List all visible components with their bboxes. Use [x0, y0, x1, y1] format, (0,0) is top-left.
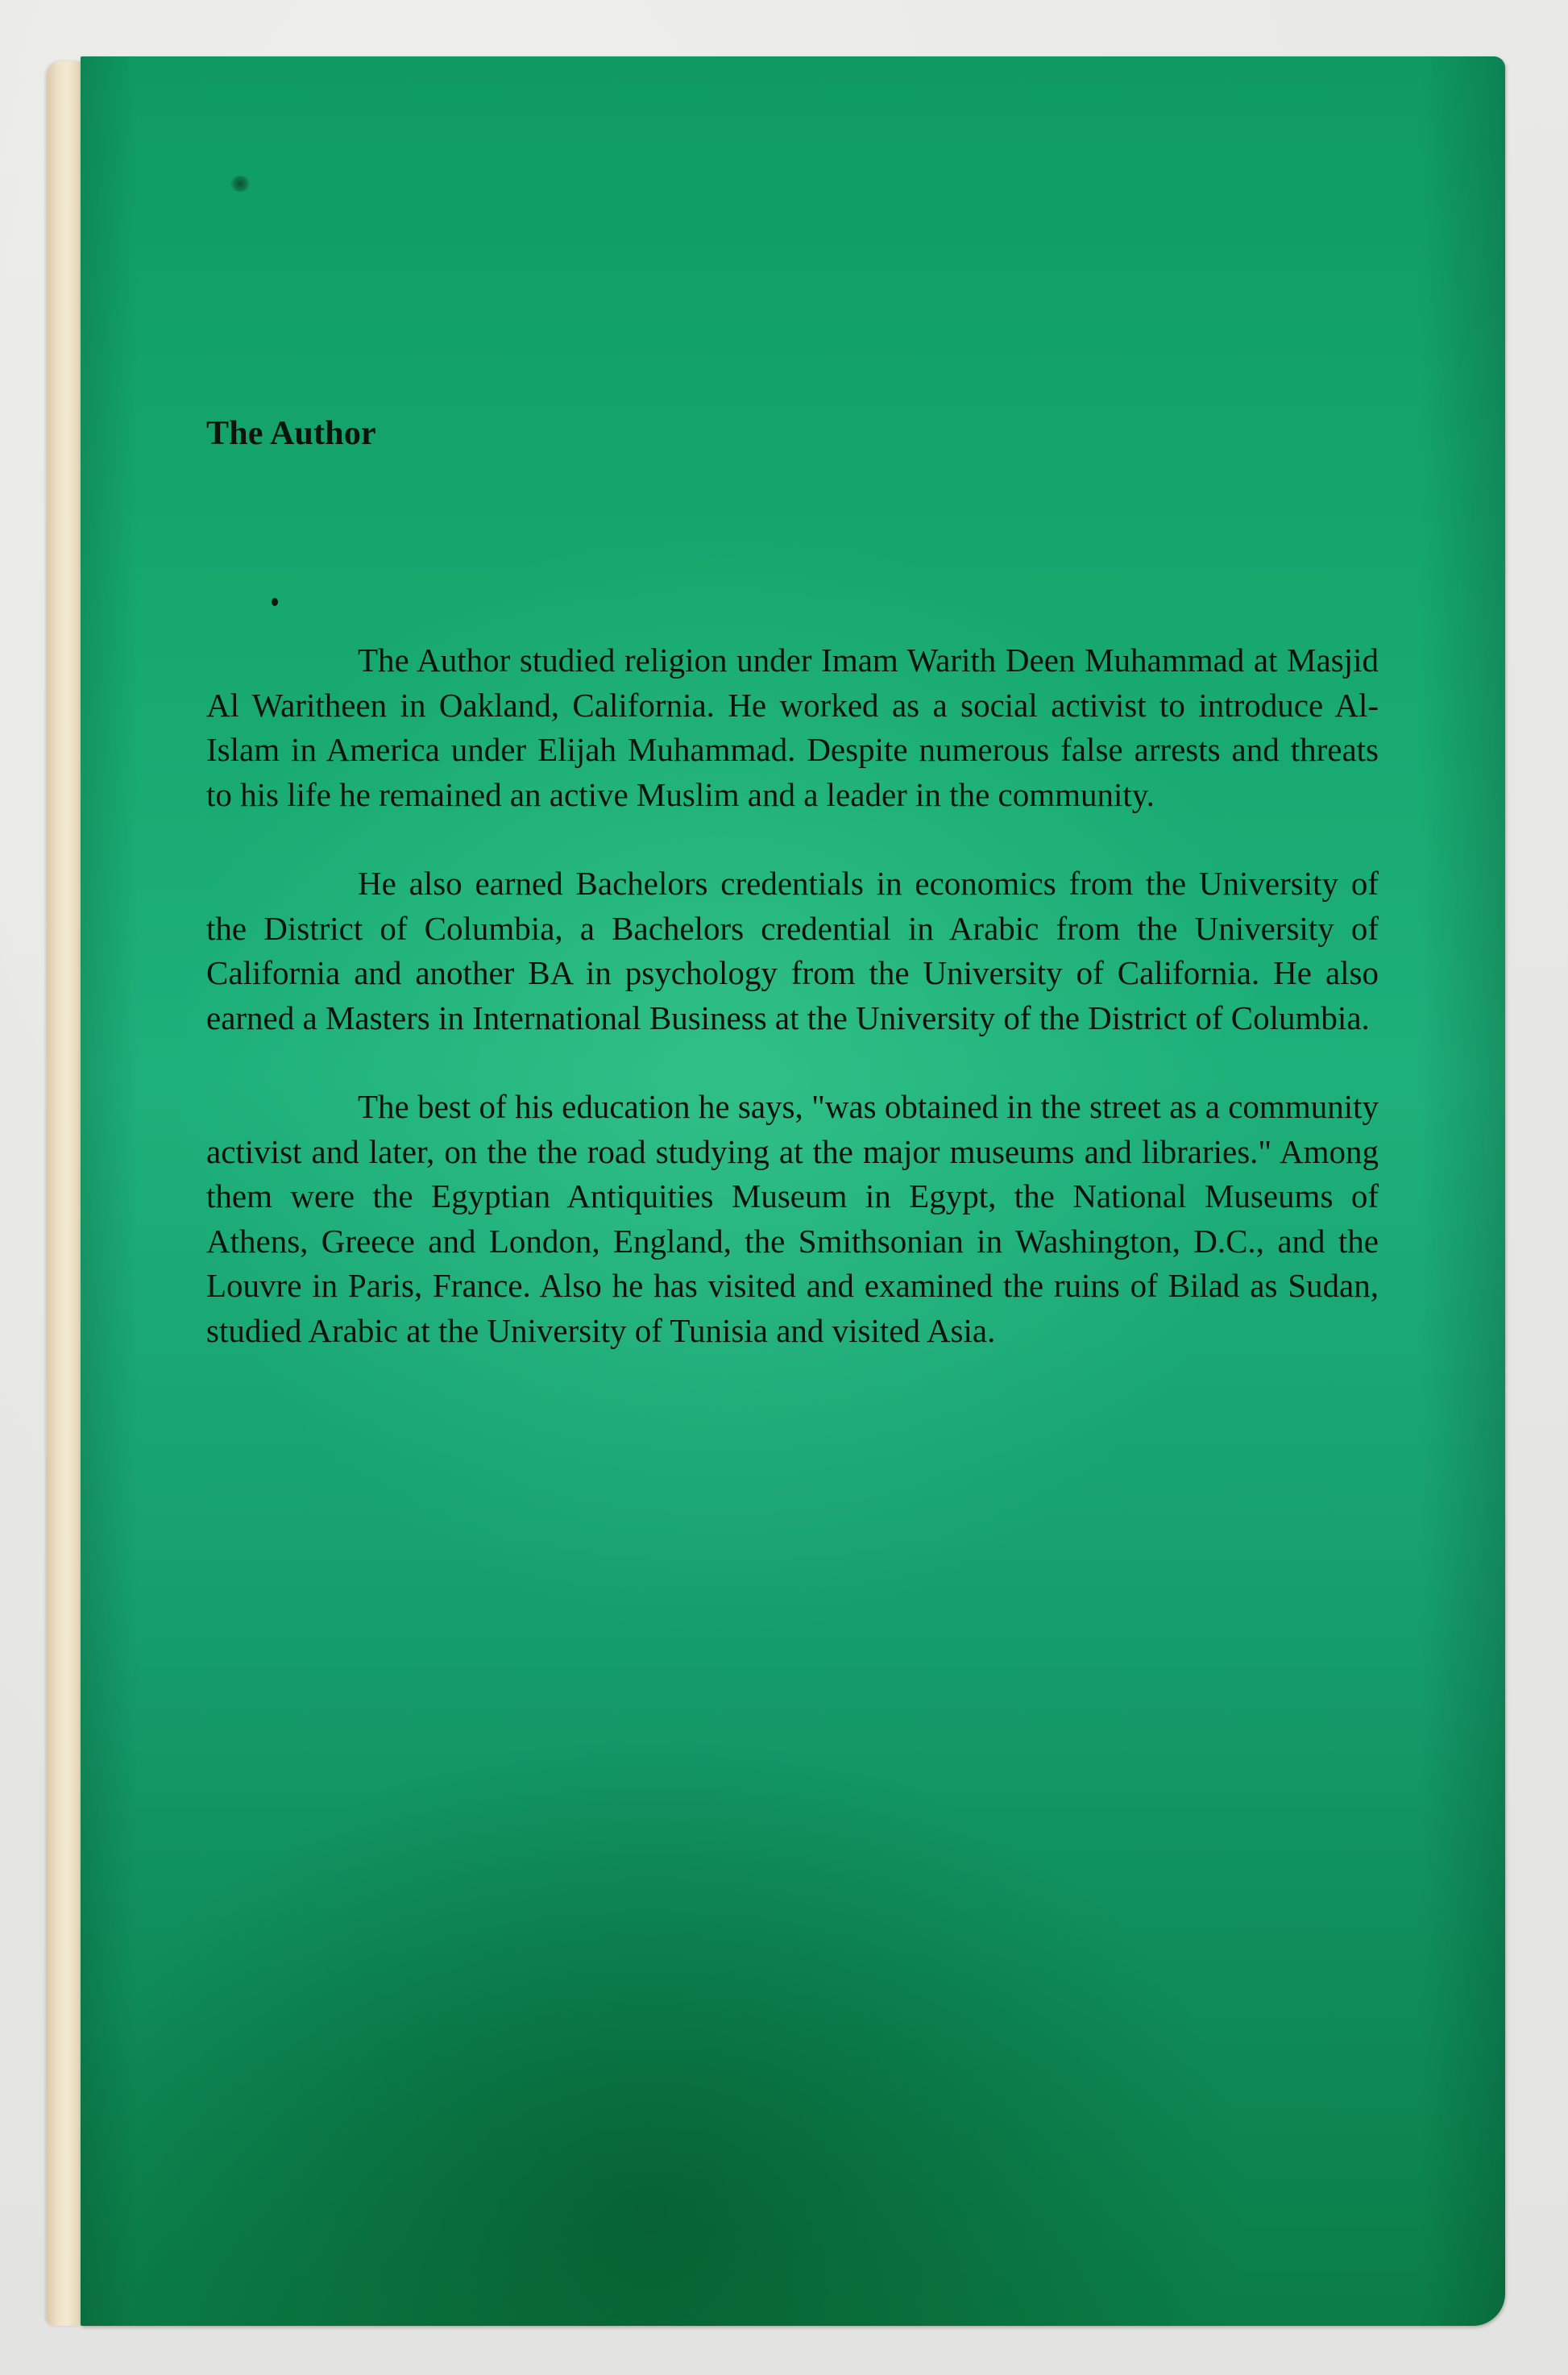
section-heading: The Author — [206, 414, 376, 453]
stray-dot — [272, 598, 278, 606]
author-bio: The Author studied religion under Imam W… — [206, 638, 1379, 1397]
bio-paragraph-travels: The best of his education he says, "was … — [206, 1085, 1379, 1353]
bio-paragraph-religion: The Author studied religion under Imam W… — [206, 638, 1379, 817]
ink-smudge — [230, 176, 251, 192]
bio-paragraph-education: He also earned Bachelors credentials in … — [206, 862, 1379, 1040]
book-spine — [47, 61, 81, 2326]
